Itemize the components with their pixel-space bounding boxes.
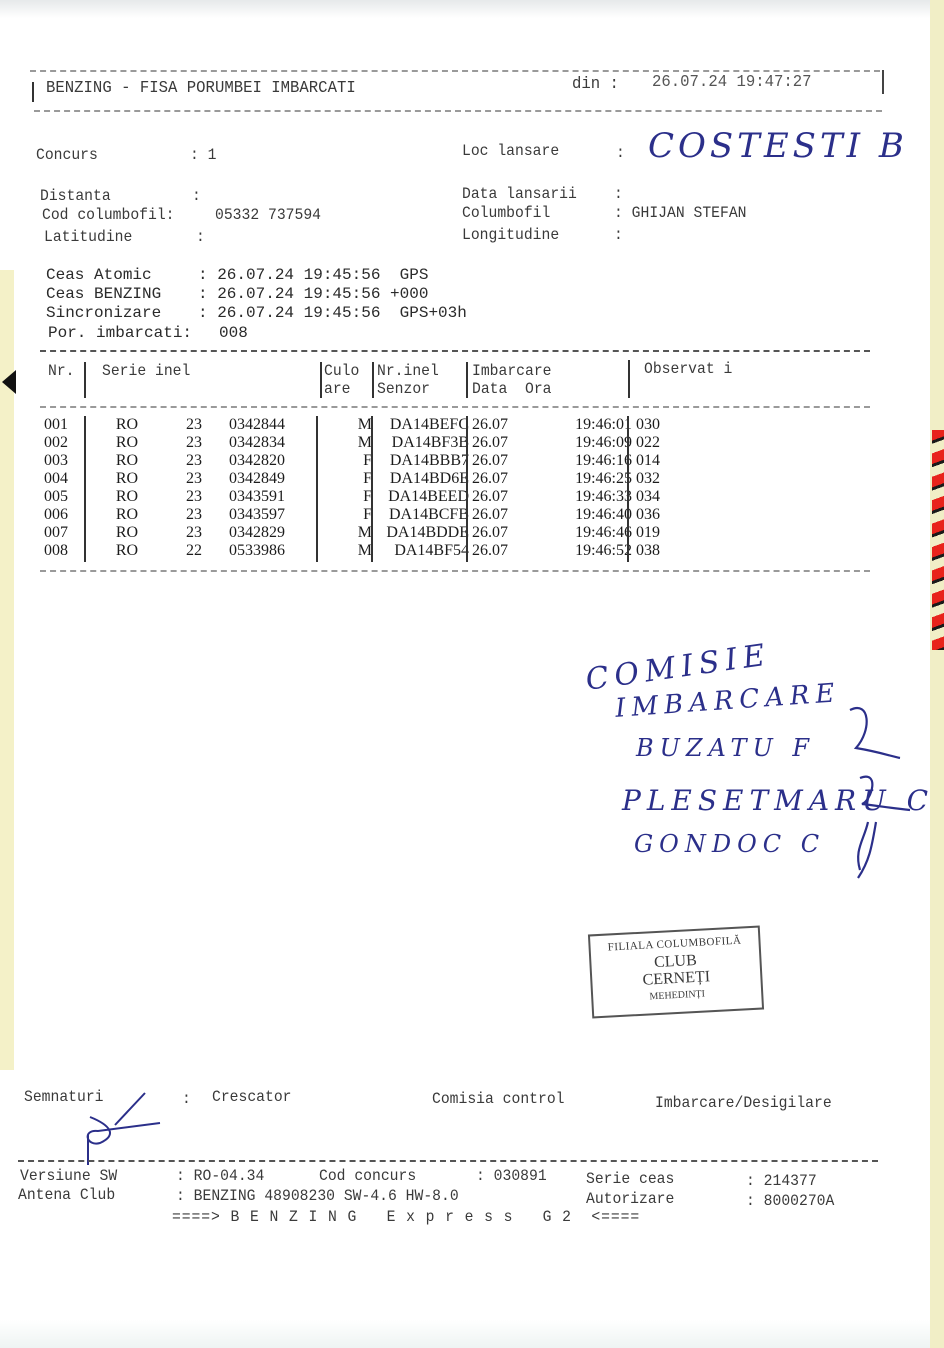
cell-year: 23 [162, 524, 202, 542]
cell-obs: 034 [632, 488, 676, 506]
cell-sex: F [312, 488, 372, 506]
divider [40, 570, 870, 572]
divider [466, 362, 468, 398]
cell-year: 23 [162, 506, 202, 524]
divider [34, 110, 882, 112]
cell-ring: 0342849 [202, 470, 312, 488]
cod-columbofil-label: Cod columbofil: [42, 206, 175, 224]
columbofil-value: : GHIJAN STEFAN [614, 204, 747, 222]
divider [466, 416, 468, 562]
divider [316, 416, 318, 562]
cell-date: 26.07 [472, 524, 534, 542]
table-row: 005RO230343591FDA14BEED26.0719:46:33034 [44, 488, 676, 506]
cell-obs: 022 [632, 434, 676, 452]
data-lansarii-value: : [614, 185, 623, 203]
cell-year: 23 [162, 488, 202, 506]
versiune-label: Versiune SW [20, 1167, 117, 1185]
col-header-imbarcare-2: Data Ora [472, 380, 552, 398]
semnaturi-sep: : [182, 1090, 191, 1108]
signature-scribble [60, 1085, 170, 1165]
col-header-observatii: Observat i [644, 360, 732, 378]
cell-date: 26.07 [472, 542, 534, 560]
divider [371, 416, 373, 562]
cell-date: 26.07 [472, 416, 534, 434]
cell-sensor: DA14BEED [372, 488, 472, 506]
background-right-edge [930, 0, 944, 1348]
cell-time: 19:46:52 [534, 542, 632, 560]
cell-time: 19:46:25 [534, 470, 632, 488]
cell-obs: 014 [632, 452, 676, 470]
cell-obs: 038 [632, 542, 676, 560]
cell-sensor: DA14BD6E [372, 470, 472, 488]
clock-value: : 26.07.24 19:45:56 +000 [198, 285, 428, 303]
divider [32, 82, 34, 102]
clock-label: Ceas BENZING [46, 285, 161, 303]
table-row: 008RO220533986MDA14BF5426.0719:46:52038 [44, 542, 676, 560]
latitudine-label: Latitudine [44, 228, 132, 246]
cell-date: 26.07 [472, 488, 534, 506]
loc-lansare-handwritten: COSTESTI B [648, 126, 908, 166]
cell-date: 26.07 [472, 470, 534, 488]
cell-obs: 030 [632, 416, 676, 434]
concurs-label: Concurs [36, 146, 98, 164]
clock-value: : 26.07.24 19:45:56 GPS+03h [198, 304, 467, 322]
cell-obs: 032 [632, 470, 676, 488]
signature-crescator: Crescator [212, 1088, 292, 1106]
cell-country: RO [92, 434, 162, 452]
handwritten-note: GONDOC C [634, 830, 825, 858]
cell-sensor: DA14BF54 [372, 542, 472, 560]
cell-year: 23 [162, 470, 202, 488]
cell-sex: M [312, 524, 372, 542]
cell-country: RO [92, 470, 162, 488]
divider [84, 416, 86, 562]
cell-time: 19:46:40 [534, 506, 632, 524]
signature-comisia: Comisia control [432, 1090, 565, 1108]
divider [30, 70, 880, 72]
cell-sex: F [312, 452, 372, 470]
divider [882, 70, 884, 94]
cell-obs: 019 [632, 524, 676, 542]
cell-sensor: DA14BEFC [372, 416, 472, 434]
columbofil-label: Columbofil [462, 204, 550, 222]
divider [320, 362, 322, 398]
longitudine-value: : [614, 226, 623, 244]
document-title: BENZING - FISA PORUMBEI IMBARCATI [46, 80, 356, 98]
distanta-value: : [192, 187, 201, 205]
cell-time: 19:46:46 [534, 524, 632, 542]
handwritten-note: BUZATU F [636, 734, 815, 762]
divider [628, 360, 630, 398]
loc-lansare-sep: : [616, 144, 625, 162]
cell-ring: 0342834 [202, 434, 312, 452]
cell-year: 23 [162, 416, 202, 434]
cell-time: 19:46:01 [534, 416, 632, 434]
divider [84, 362, 86, 398]
col-header-serie-inel: Serie inel [102, 362, 190, 380]
cell-sensor: DA14BDDE [372, 524, 472, 542]
cell-country: RO [92, 542, 162, 560]
cell-ring: 0343597 [202, 506, 312, 524]
table-row: 002RO230342834MDA14BF3B26.0719:46:09022 [44, 434, 676, 452]
table-row: 004RO230342849FDA14BD6E26.0719:46:25032 [44, 470, 676, 488]
col-header-culoare-1: Culo [324, 362, 359, 380]
serie-ceas-label: Serie ceas [586, 1170, 674, 1188]
brand-line: ====> B E N Z I N G E x p r e s s G 2 <=… [172, 1208, 640, 1226]
cell-ring: 0342820 [202, 452, 312, 470]
col-header-nr: Nr. [48, 362, 75, 380]
fabric-pattern [932, 430, 944, 650]
divider [627, 416, 629, 562]
cell-sex: M [312, 434, 372, 452]
concurs-value: : 1 [190, 146, 217, 164]
autorizare-label: Autorizare [586, 1190, 674, 1208]
cod-concurs-label: Cod concurs [319, 1167, 416, 1185]
table-row: 006RO230343597FDA14BCFB26.0719:46:40036 [44, 506, 676, 524]
cell-date: 26.07 [472, 434, 534, 452]
clock-label: Sincronizare [46, 304, 161, 322]
data-lansarii-label: Data lansarii [462, 185, 577, 203]
cell-country: RO [92, 416, 162, 434]
cell-ring: 0533986 [202, 542, 312, 560]
antena-label: Antena Club [18, 1186, 115, 1204]
serie-ceas-value: : 214377 [746, 1172, 817, 1190]
divider [40, 406, 870, 408]
table-row: 003RO230342820FDA14BBB726.0719:46:16014 [44, 452, 676, 470]
arrow-left-icon [2, 370, 16, 394]
clock-value: : 26.07.24 19:45:56 GPS [198, 266, 428, 284]
por-imbarcati-label: Por. imbarcati: [48, 324, 192, 342]
print-datetime: 26.07.24 19:47:27 [652, 74, 812, 92]
cell-time: 19:46:33 [534, 488, 632, 506]
cod-concurs-value: : 030891 [476, 1167, 547, 1185]
divider [372, 362, 374, 398]
col-header-culoare-2: are [324, 380, 351, 398]
antena-value: : BENZING 48908230 SW-4.6 HW-8.0 [176, 1187, 459, 1205]
cell-date: 26.07 [472, 452, 534, 470]
col-header-imbarcare-1: Imbarcare [472, 362, 552, 380]
cell-sex: F [312, 470, 372, 488]
cell-country: RO [92, 506, 162, 524]
divider [40, 350, 870, 352]
loc-lansare-label: Loc lansare [462, 142, 559, 160]
din-label: din : [572, 76, 619, 94]
cell-year: 23 [162, 452, 202, 470]
cell-year: 22 [162, 542, 202, 560]
cell-sex: M [312, 542, 372, 560]
cell-sensor: DA14BCFB [372, 506, 472, 524]
longitudine-label: Longitudine [462, 226, 559, 244]
clock-label: Ceas Atomic [46, 266, 152, 284]
cell-obs: 036 [632, 506, 676, 524]
cell-country: RO [92, 488, 162, 506]
cell-ring: 0342844 [202, 416, 312, 434]
table-row: 007RO230342829MDA14BDDE26.0719:46:46019 [44, 524, 676, 542]
cell-time: 19:46:16 [534, 452, 632, 470]
cell-time: 19:46:09 [534, 434, 632, 452]
club-stamp: FILIALA COLUMBOFILĂ CLUB CERNEȚI MEHEDIN… [588, 926, 764, 1019]
cell-sex: F [312, 506, 372, 524]
signature-marks [820, 700, 920, 890]
cell-country: RO [92, 452, 162, 470]
cell-ring: 0343591 [202, 488, 312, 506]
autorizare-value: : 8000270A [746, 1192, 834, 1210]
cell-sex: M [312, 416, 372, 434]
por-imbarcati-value: 008 [219, 324, 248, 342]
cod-columbofil-value: 05332 737594 [215, 206, 321, 224]
distanta-label: Distanta [40, 187, 111, 205]
cell-country: RO [92, 524, 162, 542]
cell-sensor: DA14BF3B [372, 434, 472, 452]
table-row: 001RO230342844MDA14BEFC26.0719:46:01030 [44, 416, 676, 434]
col-header-nr-inel-2: Senzor [377, 380, 430, 398]
latitudine-value: : [196, 228, 205, 246]
versiune-value: : RO-04.34 [176, 1167, 264, 1185]
signature-imbarcare: Imbarcare/Desigilare [655, 1094, 832, 1112]
cell-date: 26.07 [472, 506, 534, 524]
cell-sensor: DA14BBB7 [372, 452, 472, 470]
cell-ring: 0342829 [202, 524, 312, 542]
divider [18, 1160, 878, 1162]
pigeons-table: 001RO230342844MDA14BEFC26.0719:46:010300… [44, 416, 676, 560]
cell-year: 23 [162, 434, 202, 452]
col-header-nr-inel-1: Nr.inel [377, 362, 439, 380]
